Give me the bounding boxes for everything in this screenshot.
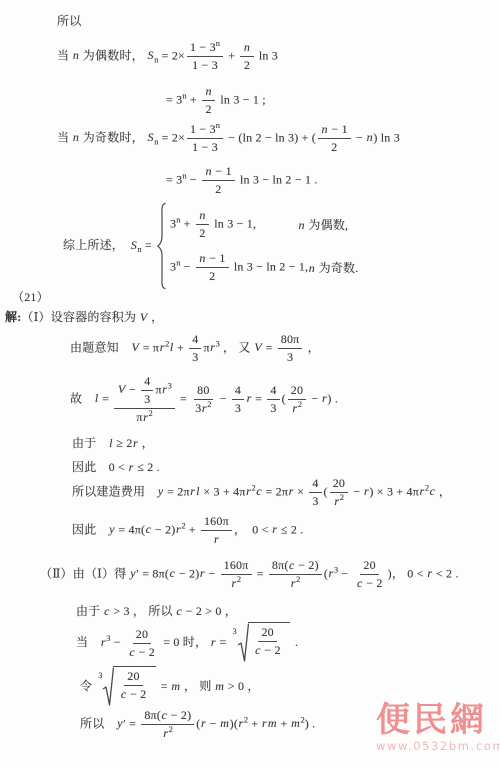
line-cost-simplified: 因此 y = 4π(c − 2)r2 + 160πr， 0 < r ≤ 2 . xyxy=(72,514,303,547)
case-row: 3n − n − 12 ln 3 − ln 2 − 1,n 为奇数. xyxy=(170,251,358,284)
line-odd-result: = 3n − n − 12 ln 3 − ln 2 − 1 . xyxy=(166,164,318,197)
fraction-numerator: 4 xyxy=(232,383,244,400)
fraction-numerator: 4 xyxy=(267,383,279,400)
superscript: n xyxy=(216,38,220,48)
math-variable: r xyxy=(213,532,219,546)
text-run: = xyxy=(99,391,112,405)
math-variable: V xyxy=(117,382,126,396)
text-run: − xyxy=(187,172,200,186)
text-run: > 0 ， xyxy=(225,679,260,693)
math-variable: r xyxy=(190,484,196,498)
text-run: 3 xyxy=(270,401,276,415)
text-run: （Ⅱ）由（Ⅰ）得 xyxy=(40,566,130,580)
text-run: 为奇数时， xyxy=(80,130,147,144)
fraction: 43 xyxy=(141,374,153,407)
radical-body: 20c − 2 xyxy=(248,622,290,658)
fraction-denominator: 3 xyxy=(141,391,153,407)
text-run: − xyxy=(217,391,230,405)
fraction: 1 − 3n1 − 3 xyxy=(187,122,223,155)
text-run: = 3 xyxy=(166,172,182,186)
line-suoyi: 所以 xyxy=(57,12,81,29)
text-run: 4 xyxy=(192,332,198,346)
text-run: . xyxy=(292,635,298,649)
fraction-denominator: r xyxy=(210,531,222,547)
text-run: = 2× xyxy=(158,130,185,144)
fraction-numerator: n − 1 xyxy=(196,251,229,268)
text-run: 因此 xyxy=(72,522,109,536)
text-run: = 0 时， xyxy=(160,635,210,649)
fraction-numerator: 20 xyxy=(258,625,276,642)
fraction-denominator: 3 xyxy=(267,400,279,416)
text-run: = 4π( xyxy=(115,522,145,536)
text-run: − xyxy=(350,484,363,498)
text-run: = xyxy=(216,635,229,649)
fraction-denominator: c − 2 xyxy=(252,642,284,658)
superscript: 2 xyxy=(340,492,344,502)
fraction: 20c − 2 xyxy=(117,669,149,702)
text-run: 2 xyxy=(331,140,337,154)
text-run: = xyxy=(262,340,275,354)
text-run: + xyxy=(277,716,290,730)
text-run: 所以 xyxy=(57,14,81,28)
text-run: − 2) xyxy=(168,708,192,722)
fraction-denominator: r2 xyxy=(331,493,347,509)
text-run: = xyxy=(158,679,171,693)
radical: 320c − 2 xyxy=(97,666,155,708)
fraction: 43 xyxy=(189,332,201,365)
radical-index: 3 xyxy=(98,671,102,680)
text-run: 20 xyxy=(291,383,303,397)
text-run: ) × 3 + 4π xyxy=(369,484,419,498)
math-variable: n xyxy=(199,251,206,265)
text-run: 3 xyxy=(144,392,150,406)
line-volume: 由题意知 V = πr2l + 43πr3 ， 又 V = 80π3 ， xyxy=(70,332,320,365)
cases-rows: 3n + n2 ln 3 − 1,n 为偶数,3n − n − 12 ln 3 … xyxy=(170,208,358,284)
fraction: n2 xyxy=(240,40,253,73)
line-odd-case: 当 n 为奇数时， Sn = 2×1 − 3n1 − 3 − (ln 2 − l… xyxy=(57,122,400,155)
fraction: 20r2 xyxy=(288,383,306,416)
text-run: − 2 > 0 ， xyxy=(182,604,237,618)
text-run: 2 xyxy=(199,226,205,240)
text-run: ln 3 − 1 ; xyxy=(217,92,266,106)
text-run: ， xyxy=(148,310,163,324)
text-run: π xyxy=(203,340,209,354)
text-run: + xyxy=(180,216,193,230)
text-run: × 3 + 4π xyxy=(200,484,245,498)
text-run: = xyxy=(142,238,155,252)
fraction-numerator: 20 xyxy=(330,476,348,493)
fraction-numerator: V − 43πr3 xyxy=(114,374,175,409)
text-run: 2 xyxy=(244,58,250,72)
text-run: π xyxy=(136,410,142,424)
text-run: ≤ 2 . xyxy=(134,460,160,474)
superscript: 2 xyxy=(207,399,211,409)
line-factored: 所以 y′ = 8π(c − 2)r2(r − m)(r2 + rm + m2)… xyxy=(80,708,315,741)
text-run: + xyxy=(248,716,261,730)
text-run: 20 xyxy=(127,669,139,683)
text-run: 1 − 3 xyxy=(192,140,218,154)
fraction-denominator: c − 2 xyxy=(126,644,158,660)
text-run: ) ln 3 xyxy=(373,130,400,144)
text-run: 20 xyxy=(261,625,273,639)
text-run: × xyxy=(294,484,307,498)
fraction: 80π3 xyxy=(278,332,303,365)
math-variable: V xyxy=(131,340,140,354)
text-run: ( xyxy=(324,484,328,498)
text-run: + xyxy=(174,340,187,354)
text-run: + xyxy=(187,92,200,106)
fraction-numerator: 80 xyxy=(194,383,212,400)
fraction-denominator: 3 xyxy=(309,493,321,509)
superscript: 2 xyxy=(237,574,241,584)
text-run: 160π xyxy=(224,558,249,572)
text-run: = xyxy=(252,391,265,405)
fraction: 20c − 2 xyxy=(252,625,284,658)
fraction: 43 xyxy=(267,383,279,416)
watermark-site-name: 便民網 xyxy=(376,704,500,738)
text-run: = π xyxy=(140,340,160,354)
fraction-denominator: c − 2 xyxy=(117,686,149,702)
bold-text: 解: xyxy=(5,310,21,324)
case-condition: n 为奇数. xyxy=(308,259,358,276)
line-even-case: 当 n 为偶数时， Sn = 2×1 − 3n1 − 3 + n2 ln 3 xyxy=(57,40,278,73)
fraction-numerator: n xyxy=(202,84,215,101)
text-run: ( xyxy=(196,716,200,730)
fraction-denominator: c − 2 xyxy=(354,575,386,591)
text-run: ln 3 − 1, xyxy=(211,216,256,230)
text-run: = xyxy=(254,566,267,580)
text-run: − 2 xyxy=(127,687,147,701)
fraction-numerator: n − 1 xyxy=(202,164,235,181)
radical-index: 3 xyxy=(233,627,237,636)
text-run: ≤ 2 . xyxy=(278,522,304,536)
fraction-denominator: 3 xyxy=(232,400,244,416)
text-run: − xyxy=(353,130,366,144)
text-run: − xyxy=(205,566,218,580)
fraction-numerator: 1 − 3n xyxy=(187,40,223,57)
math-variable: m xyxy=(267,716,277,730)
math-variable: m xyxy=(215,679,225,693)
case-row: 3n + n2 ln 3 − 1,n 为偶数, xyxy=(170,208,358,241)
superscript: 2 xyxy=(149,408,153,418)
line-l-expression: 故 l = V − 43πr3πr2 = 803r2 − 43r = 43(20… xyxy=(70,374,338,425)
fraction: n − 12 xyxy=(318,122,351,155)
text-run: = 2π xyxy=(164,484,190,498)
fraction-numerator: 8π(c − 2) xyxy=(269,558,322,575)
text-run: 160π xyxy=(204,514,229,528)
text-run: 所以 xyxy=(80,716,117,730)
text-run: 3 xyxy=(192,350,198,364)
fraction-numerator: 160π xyxy=(221,558,252,575)
text-run: = 2× xyxy=(158,48,185,62)
fraction-denominator: r2 xyxy=(228,575,244,591)
text-run: 为偶数时， xyxy=(80,48,147,62)
text-run: − (ln 2 − ln 3) + ( xyxy=(225,130,316,144)
text-run: − xyxy=(308,391,321,405)
watermark-site-url: www.0532bm.com xyxy=(376,741,500,753)
text-run: − xyxy=(111,635,124,649)
fraction-denominator: 2 xyxy=(206,268,218,284)
superscript: 2 xyxy=(296,574,300,584)
fraction-numerator: 1 − 3n xyxy=(187,122,223,139)
fraction: 160πr2 xyxy=(221,558,252,591)
text-run: 20 xyxy=(333,476,345,490)
superscript: 2 xyxy=(298,399,302,409)
fraction-denominator: r2 xyxy=(287,575,303,591)
text-run: − xyxy=(180,259,193,273)
text-run: ln 3 − ln 2 − 1 . xyxy=(237,172,318,186)
text-run: ) . xyxy=(305,716,316,730)
fraction-numerator: 80π xyxy=(278,332,303,349)
text-run: 1 − 3 xyxy=(190,40,216,54)
text-run: 4 xyxy=(144,374,150,388)
text-run: 2 xyxy=(206,102,212,116)
fraction-numerator: n − 1 xyxy=(318,122,351,139)
text-run: 由于 xyxy=(76,604,104,618)
watermark: 便民網 www.0532bm.com xyxy=(376,704,500,753)
text-run: 1 − 3 xyxy=(190,122,216,136)
fraction-denominator: 1 − 3 xyxy=(189,139,221,155)
fraction-numerator: n xyxy=(196,208,209,225)
fraction: 43 xyxy=(309,476,321,509)
text-run: 由题意知 xyxy=(70,340,131,354)
text-run: 当 xyxy=(57,48,72,62)
text-run: 20 xyxy=(136,627,148,641)
math-variable: n xyxy=(72,130,79,144)
fraction-denominator: 2 xyxy=(203,101,215,117)
text-run: 4 xyxy=(270,383,276,397)
text-run: + xyxy=(186,522,199,536)
text-run: 为偶数, xyxy=(305,218,348,232)
text-run: 4 xyxy=(235,383,241,397)
text-run: ， 又 xyxy=(220,340,254,354)
left-brace-icon xyxy=(157,202,167,290)
line-cost: 所以建造费用 y = 2πrl × 3 + 4πr2c = 2πr × 43(2… xyxy=(72,476,451,509)
math-variable: V xyxy=(139,310,148,324)
text-run: )， 0 < xyxy=(388,566,427,580)
line-q21: （21） xyxy=(12,288,49,305)
text-run: 1 − 3 xyxy=(192,58,218,72)
fraction: V − 43πr3πr2 xyxy=(114,374,175,425)
text-run: = 2π xyxy=(262,484,288,498)
text-run: ) . xyxy=(327,391,338,405)
fraction-denominator: 3 xyxy=(284,349,296,365)
text-run: > 3 ， 所以 xyxy=(110,604,176,618)
text-run: − 2 xyxy=(135,645,155,659)
math-variable: m xyxy=(171,679,181,693)
fraction-denominator: r2 xyxy=(289,400,305,416)
text-run: 3 xyxy=(287,350,293,364)
text-run: ≥ 2 xyxy=(113,436,132,450)
text-run: 为奇数. xyxy=(315,261,358,275)
text-run: − 2) xyxy=(295,558,319,572)
text-run: − xyxy=(126,382,139,396)
line-let-m: 令 320c − 2 = m ， 则 m > 0 ， xyxy=(80,666,260,708)
radical-body: 20c − 2 xyxy=(113,666,155,702)
line-summary: 综上所述， Sn = 3n + n2 ln 3 − 1,n 为偶数,3n − n… xyxy=(63,202,358,290)
text-run: ′ = xyxy=(123,716,139,730)
fraction-numerator: 160π xyxy=(201,514,232,531)
case-formula: 3n − n − 12 ln 3 − ln 2 − 1, xyxy=(170,251,308,284)
text-run: 80π xyxy=(281,332,300,346)
text-run: 20 xyxy=(363,558,375,572)
math-variable: n xyxy=(199,208,206,222)
math-variable: n xyxy=(243,40,250,54)
fraction: 1 − 3n1 − 3 xyxy=(187,40,223,73)
fraction-denominator: 1 − 3 xyxy=(189,57,221,73)
text-run: 80 xyxy=(197,383,209,397)
fraction-denominator: 2 xyxy=(328,139,340,155)
fraction-numerator: n xyxy=(240,40,253,57)
text-run: − 2 xyxy=(363,576,383,590)
text-run: 因此 0 < xyxy=(72,460,128,474)
fraction-numerator: 20 xyxy=(133,627,151,644)
text-run: − 1 xyxy=(328,122,348,136)
text-run: < 2 . xyxy=(433,566,459,580)
fraction: 20c − 2 xyxy=(126,627,158,660)
text-run: − 2) xyxy=(176,566,200,580)
line-constraint-l: 由于 l ≥ 2r ， xyxy=(72,434,154,451)
text-run: 由于 xyxy=(72,436,109,450)
text-run: ln 3 − ln 2 − 1, xyxy=(231,259,309,273)
fraction-denominator: 2 xyxy=(212,181,224,197)
fraction: 803r2 xyxy=(192,383,214,416)
fraction-denominator: 3 xyxy=(189,349,201,365)
case-condition: n 为偶数, xyxy=(298,216,348,233)
text-run: 当 xyxy=(57,130,72,144)
line-solution-setup: 解:（Ⅰ）设容器的容积为 V ， xyxy=(5,308,163,325)
fraction-numerator: 20 xyxy=(288,383,306,400)
fraction: 43 xyxy=(232,383,244,416)
scanned-solution-page: 便民網 www.0532bm.com 所以当 n 为偶数时， Sn = 2×1 … xyxy=(0,0,500,766)
radical: 320c − 2 xyxy=(232,622,290,664)
fraction: n2 xyxy=(196,208,209,241)
text-run: 8π( xyxy=(144,708,161,722)
fraction: 8π(c − 2)r2 xyxy=(269,558,322,591)
math-variable: m xyxy=(291,716,301,730)
line-constraint-r: 因此 0 < r ≤ 2 . xyxy=(72,458,160,475)
text-run: + xyxy=(225,48,238,62)
fraction: 20r2 xyxy=(330,476,348,509)
text-run: − 2 xyxy=(261,643,281,657)
text-run: ， xyxy=(304,340,319,354)
text-run: ， xyxy=(436,484,451,498)
line-even-result: = 3n + n2 ln 3 − 1 ; xyxy=(166,84,266,117)
text-run: 3 xyxy=(312,494,318,508)
fraction-numerator: 8π(c − 2) xyxy=(141,708,194,725)
fraction-denominator: 2 xyxy=(241,57,253,73)
text-run: − xyxy=(338,566,351,580)
fraction: n − 12 xyxy=(196,251,229,284)
text-run: （21） xyxy=(12,290,49,304)
superscript: n xyxy=(216,120,220,130)
fraction-numerator: 20 xyxy=(360,558,378,575)
fraction-numerator: 4 xyxy=(309,476,321,493)
text-run: − 1 xyxy=(212,164,232,178)
text-run: 4 xyxy=(312,476,318,490)
fraction: 160πr xyxy=(201,514,232,547)
fraction: n − 12 xyxy=(202,164,235,197)
text-run: ( xyxy=(282,391,286,405)
fraction-denominator: 3r2 xyxy=(192,400,214,416)
fraction: 20c − 2 xyxy=(354,558,386,591)
text-run: 3 xyxy=(235,401,241,415)
line-derivative: （Ⅱ）由（Ⅰ）得 y′ = 8π(c − 2)r − 160πr2 = 8π(c… xyxy=(40,558,459,591)
line-c-constraint: 由于 c > 3 ， 所以 c − 2 > 0 ， xyxy=(76,602,237,619)
text-run: 8π( xyxy=(272,558,289,572)
fraction: 8π(c − 2)r2 xyxy=(141,708,194,741)
text-run: = 3 xyxy=(166,92,182,106)
text-run: 2 xyxy=(209,269,215,283)
text-run: ， 则 xyxy=(181,679,215,693)
math-variable: n xyxy=(205,84,212,98)
text-run: − 2) xyxy=(152,522,176,536)
text-run: ln 3 xyxy=(256,48,278,62)
text-run: ， 0 < xyxy=(234,522,272,536)
fraction-denominator: πr2 xyxy=(133,409,155,425)
text-run: 2 xyxy=(215,182,221,196)
fraction-denominator: r2 xyxy=(160,725,176,741)
text-run: 综上所述， xyxy=(63,238,130,252)
fraction-numerator: 4 xyxy=(189,332,201,349)
text-run: − 1 xyxy=(206,251,226,265)
text-run: ′ = 8π( xyxy=(136,566,169,580)
fraction-numerator: 20 xyxy=(124,669,142,686)
fraction-numerator: 4 xyxy=(141,374,153,391)
text-run: π xyxy=(155,382,161,396)
cases-group: 3n + n2 ln 3 − 1,n 为偶数,3n − n − 12 ln 3 … xyxy=(157,202,358,290)
text-run: 令 xyxy=(80,679,95,693)
fraction: n2 xyxy=(202,84,215,117)
text-run: − xyxy=(206,716,219,730)
text-run: （Ⅰ）设容器的容积为 xyxy=(21,310,139,324)
text-run: 当 xyxy=(76,635,100,649)
math-variable: n xyxy=(72,48,79,62)
text-run: 故 xyxy=(70,391,94,405)
case-formula: 3n + n2 ln 3 − 1, xyxy=(170,208,298,241)
superscript: 3 xyxy=(168,380,172,390)
text-run: ， xyxy=(138,436,153,450)
fraction-denominator: 2 xyxy=(196,225,208,241)
text-run: 所以建造费用 xyxy=(72,484,157,498)
line-critical-point: 当 r3 − 20c − 2 = 0 时， r = 320c − 2 . xyxy=(76,622,298,664)
text-run: )( xyxy=(230,716,238,730)
superscript: 2 xyxy=(169,724,173,734)
math-variable: m xyxy=(220,716,230,730)
text-run: = xyxy=(177,391,190,405)
